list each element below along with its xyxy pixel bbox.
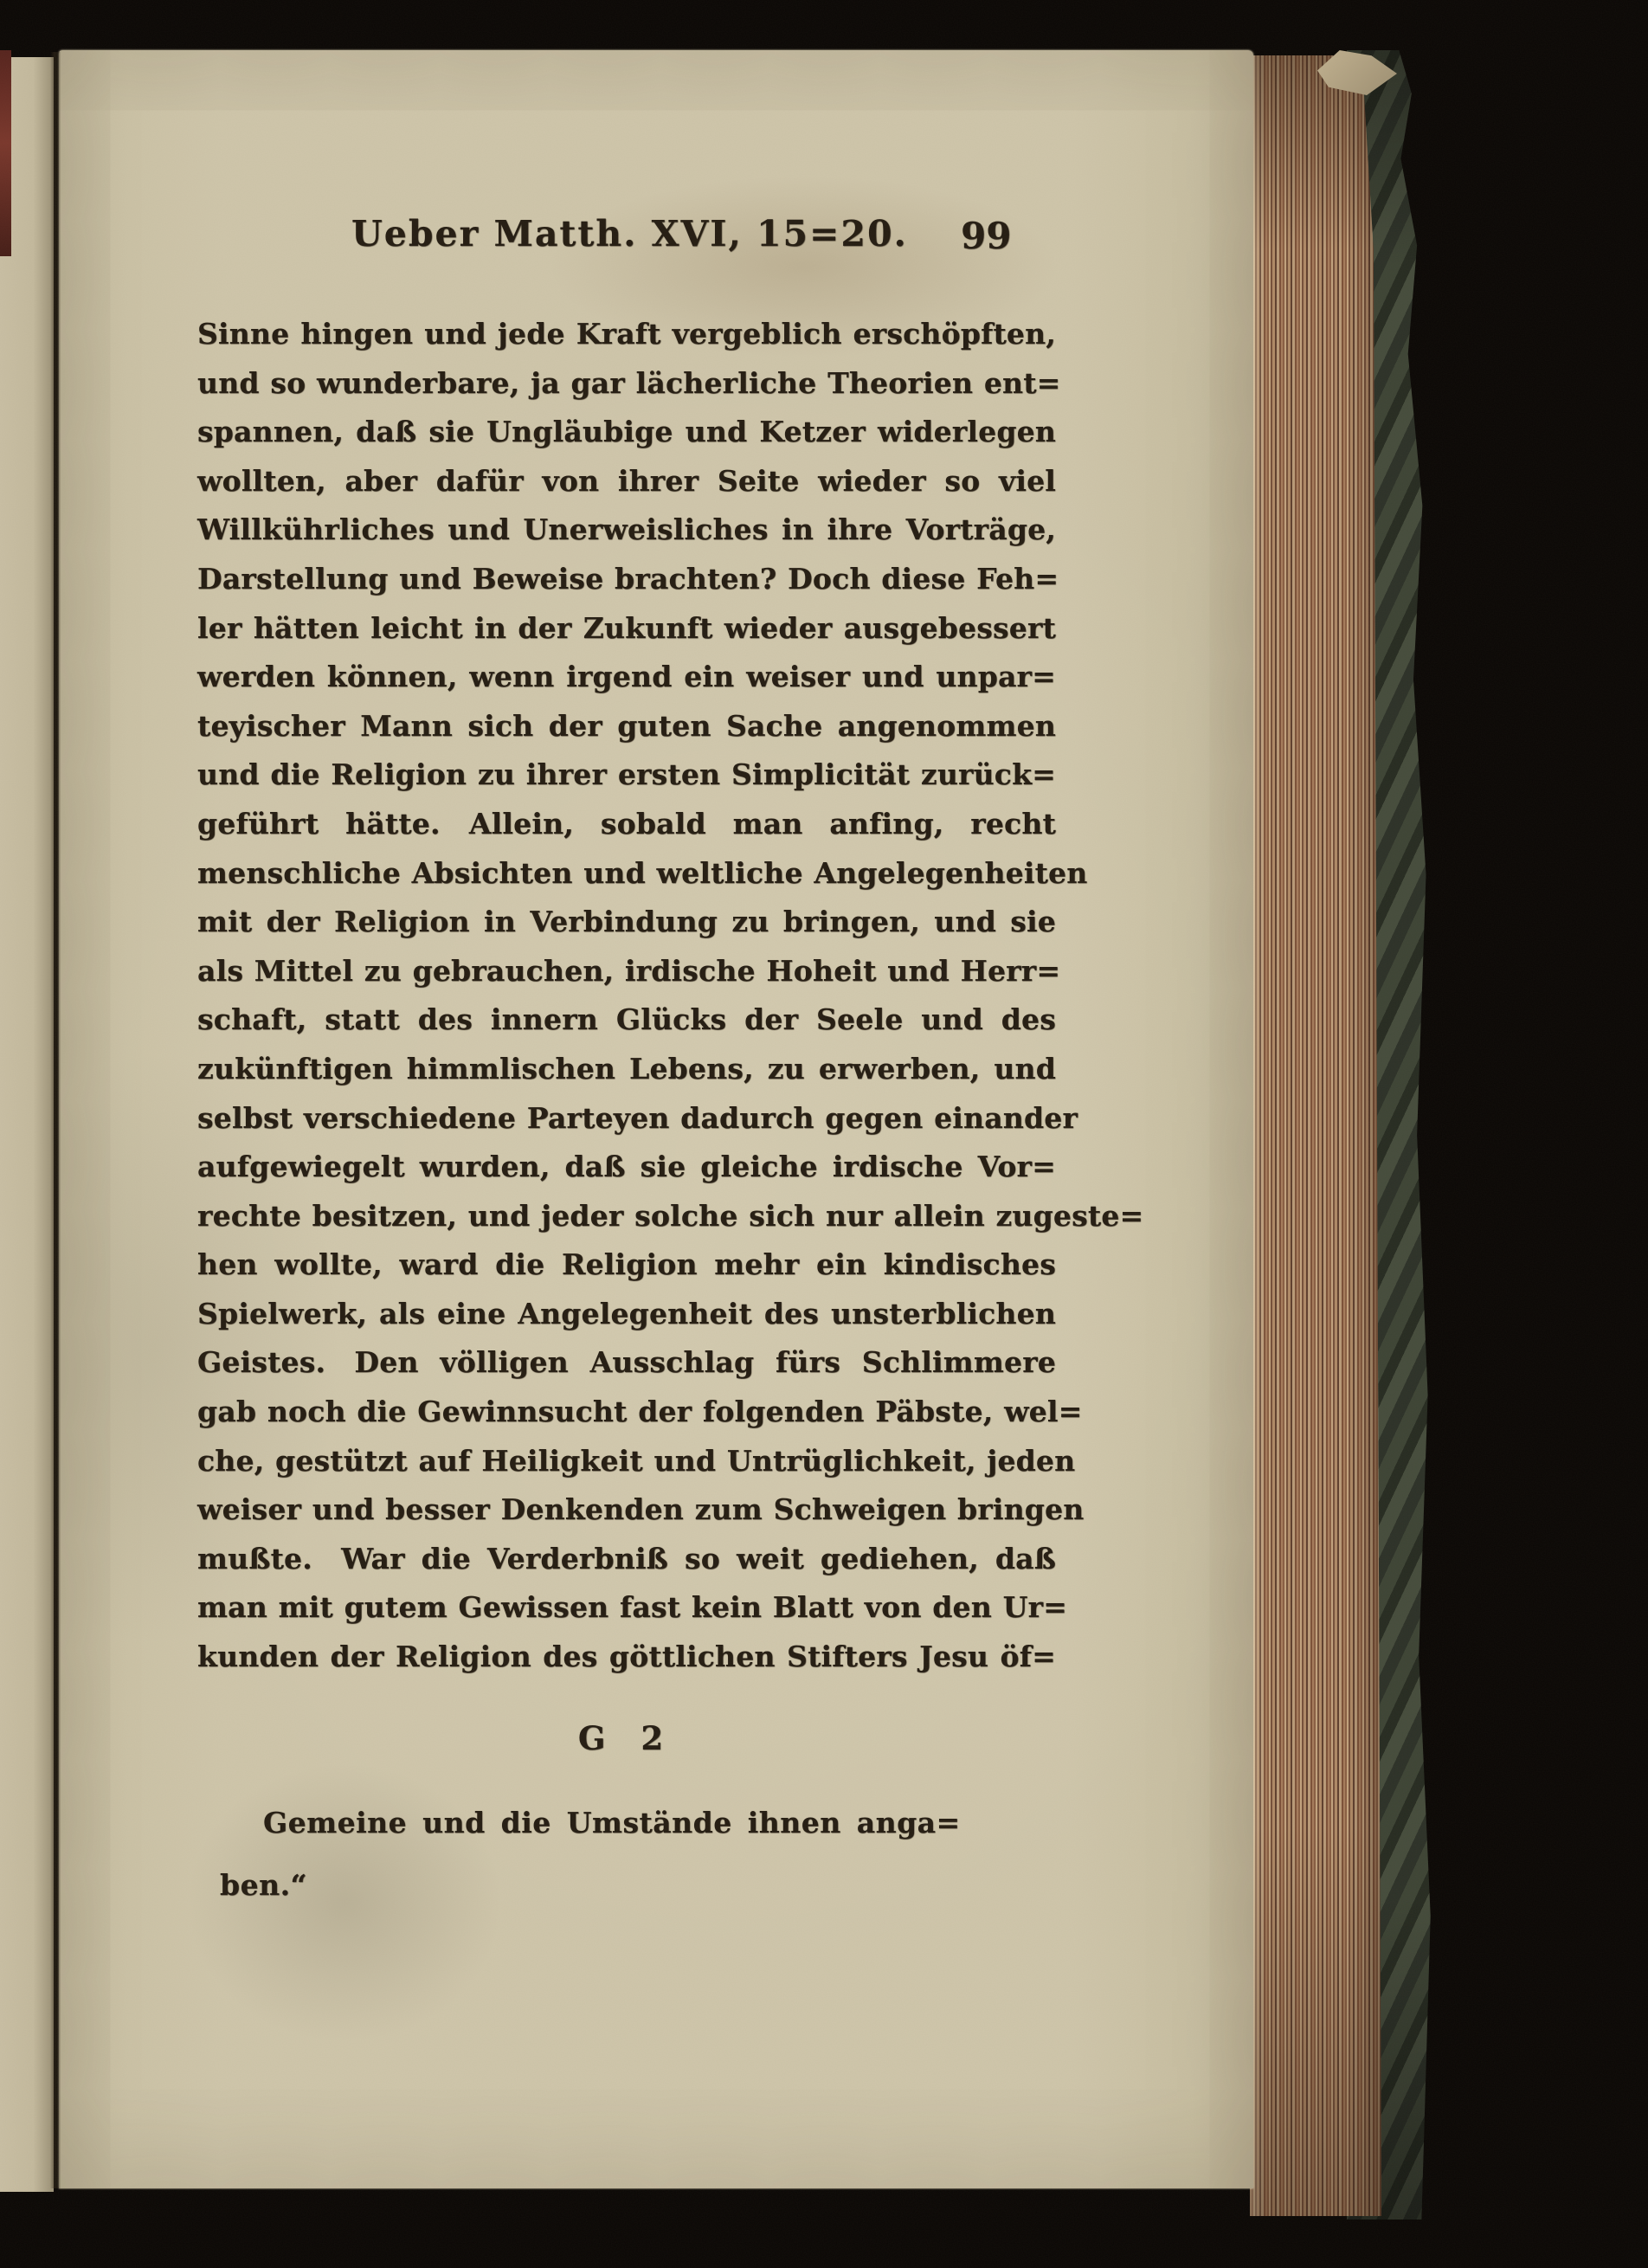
footnote: Gemeine und die Umstände ihnen anga= ben… <box>59 50 1253 2188</box>
facing-page-edge <box>0 57 54 2192</box>
page-fore-edge <box>1250 55 1381 2216</box>
footnote-line: ben.“ <box>220 1868 307 1902</box>
footnote-line: Gemeine und die Umstände ihnen anga= <box>263 1806 961 1840</box>
book-page: Ueber Matth. XVI, 15=20. 99 Sinne hingen… <box>59 50 1253 2188</box>
binding-red-sliver <box>0 50 11 256</box>
book-photo-background: Ueber Matth. XVI, 15=20. 99 Sinne hingen… <box>0 0 1648 2268</box>
gutter-shadow <box>50 52 61 2188</box>
